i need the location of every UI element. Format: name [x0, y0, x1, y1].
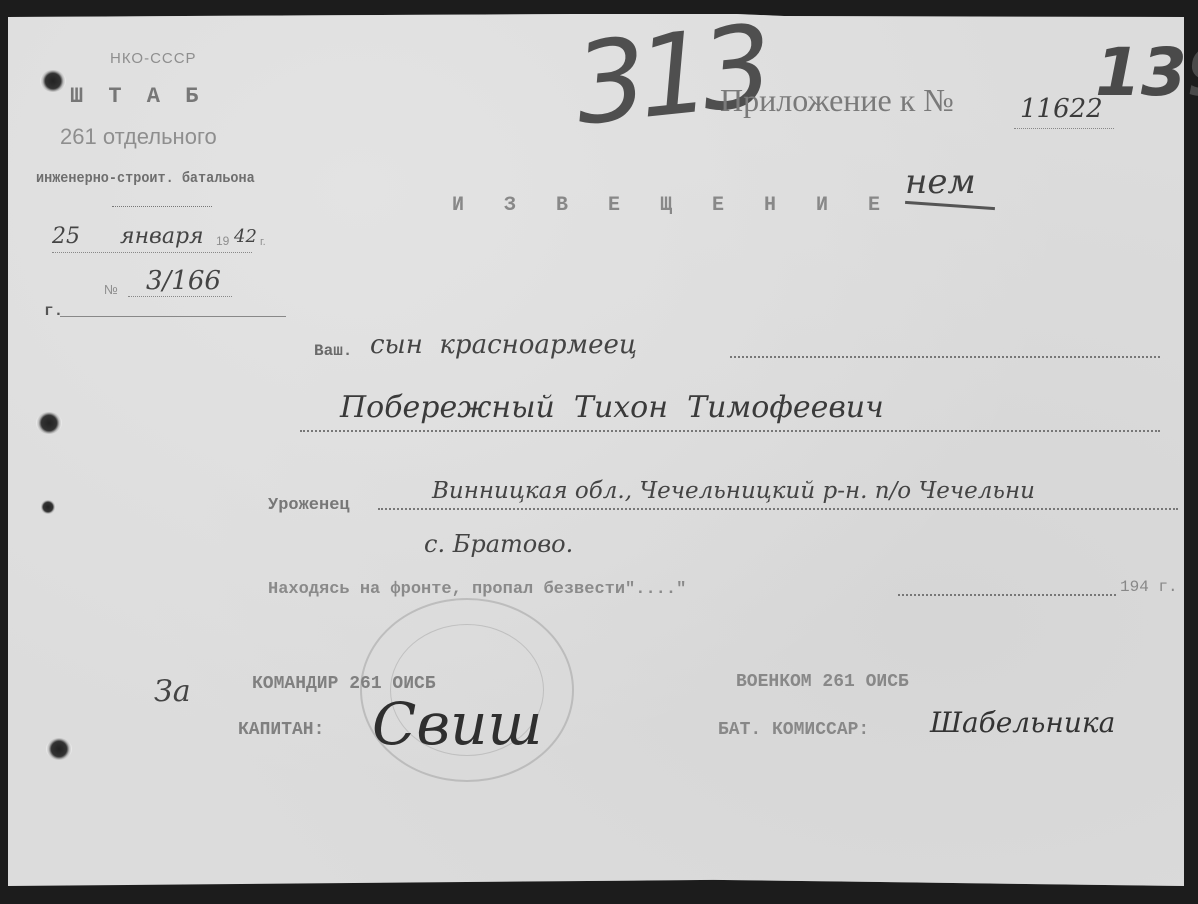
- date-year-prefix: 19: [216, 234, 229, 248]
- za-mark: За: [154, 674, 191, 709]
- date-field: 25 января 19 42 г.: [44, 222, 294, 256]
- punch-hole: [46, 738, 72, 760]
- appendix-number: 11622: [1020, 94, 1103, 124]
- archive-number: 313: [570, 10, 770, 141]
- birthplace-line-1: Винницкая обл., Чечельницкий р-н. п/о Че…: [432, 478, 1035, 504]
- page-number: 139: [1095, 40, 1198, 106]
- outgoing-number-label: №: [104, 282, 118, 297]
- status-year: 194 г.: [1120, 578, 1178, 596]
- commander-rank: КАПИТАН:: [238, 720, 324, 740]
- commissar-title: ВОЕНКОМ 261 ОИСБ: [736, 672, 909, 692]
- birthplace-line-2: с. Братово.: [424, 530, 573, 558]
- unit-line-2: инженерно-строит. батальона: [36, 170, 255, 187]
- city-line: [60, 316, 286, 317]
- soldier-name: Побережный Тихон Тимофеевич: [340, 390, 884, 425]
- org-label: НКО-СССР: [110, 50, 197, 67]
- city-label: г.: [44, 302, 63, 320]
- addressee-prefix: Ваш.: [314, 342, 352, 360]
- date-day: 25: [52, 224, 80, 249]
- date-month: января: [120, 224, 204, 249]
- unit-line-1: 261 отдельного: [60, 124, 217, 150]
- punch-hole: [36, 412, 62, 434]
- pencil-note: нем: [905, 162, 976, 202]
- status-text: Находясь на фронте, пропал безвести"....…: [268, 580, 686, 599]
- commissar-signature: Шабельника: [930, 706, 1115, 739]
- staff-title: Ш Т А Б: [70, 84, 204, 109]
- birthplace-label: Уроженец: [268, 496, 350, 515]
- punch-hole: [40, 70, 66, 92]
- date-year: 42: [234, 226, 257, 247]
- outgoing-number: 3/166: [146, 266, 221, 296]
- relation-rank: сын красноармеец: [370, 330, 637, 360]
- document-title: И З В Е Щ Е Н И Е: [452, 194, 894, 217]
- punch-hole: [40, 500, 56, 514]
- date-suffix: г.: [260, 236, 266, 248]
- commissar-rank: БАТ. КОМИССАР:: [718, 720, 869, 740]
- commander-signature: Свиш: [372, 690, 542, 758]
- appendix-label: Приложение к №: [720, 82, 954, 119]
- unit-underline: [112, 206, 212, 207]
